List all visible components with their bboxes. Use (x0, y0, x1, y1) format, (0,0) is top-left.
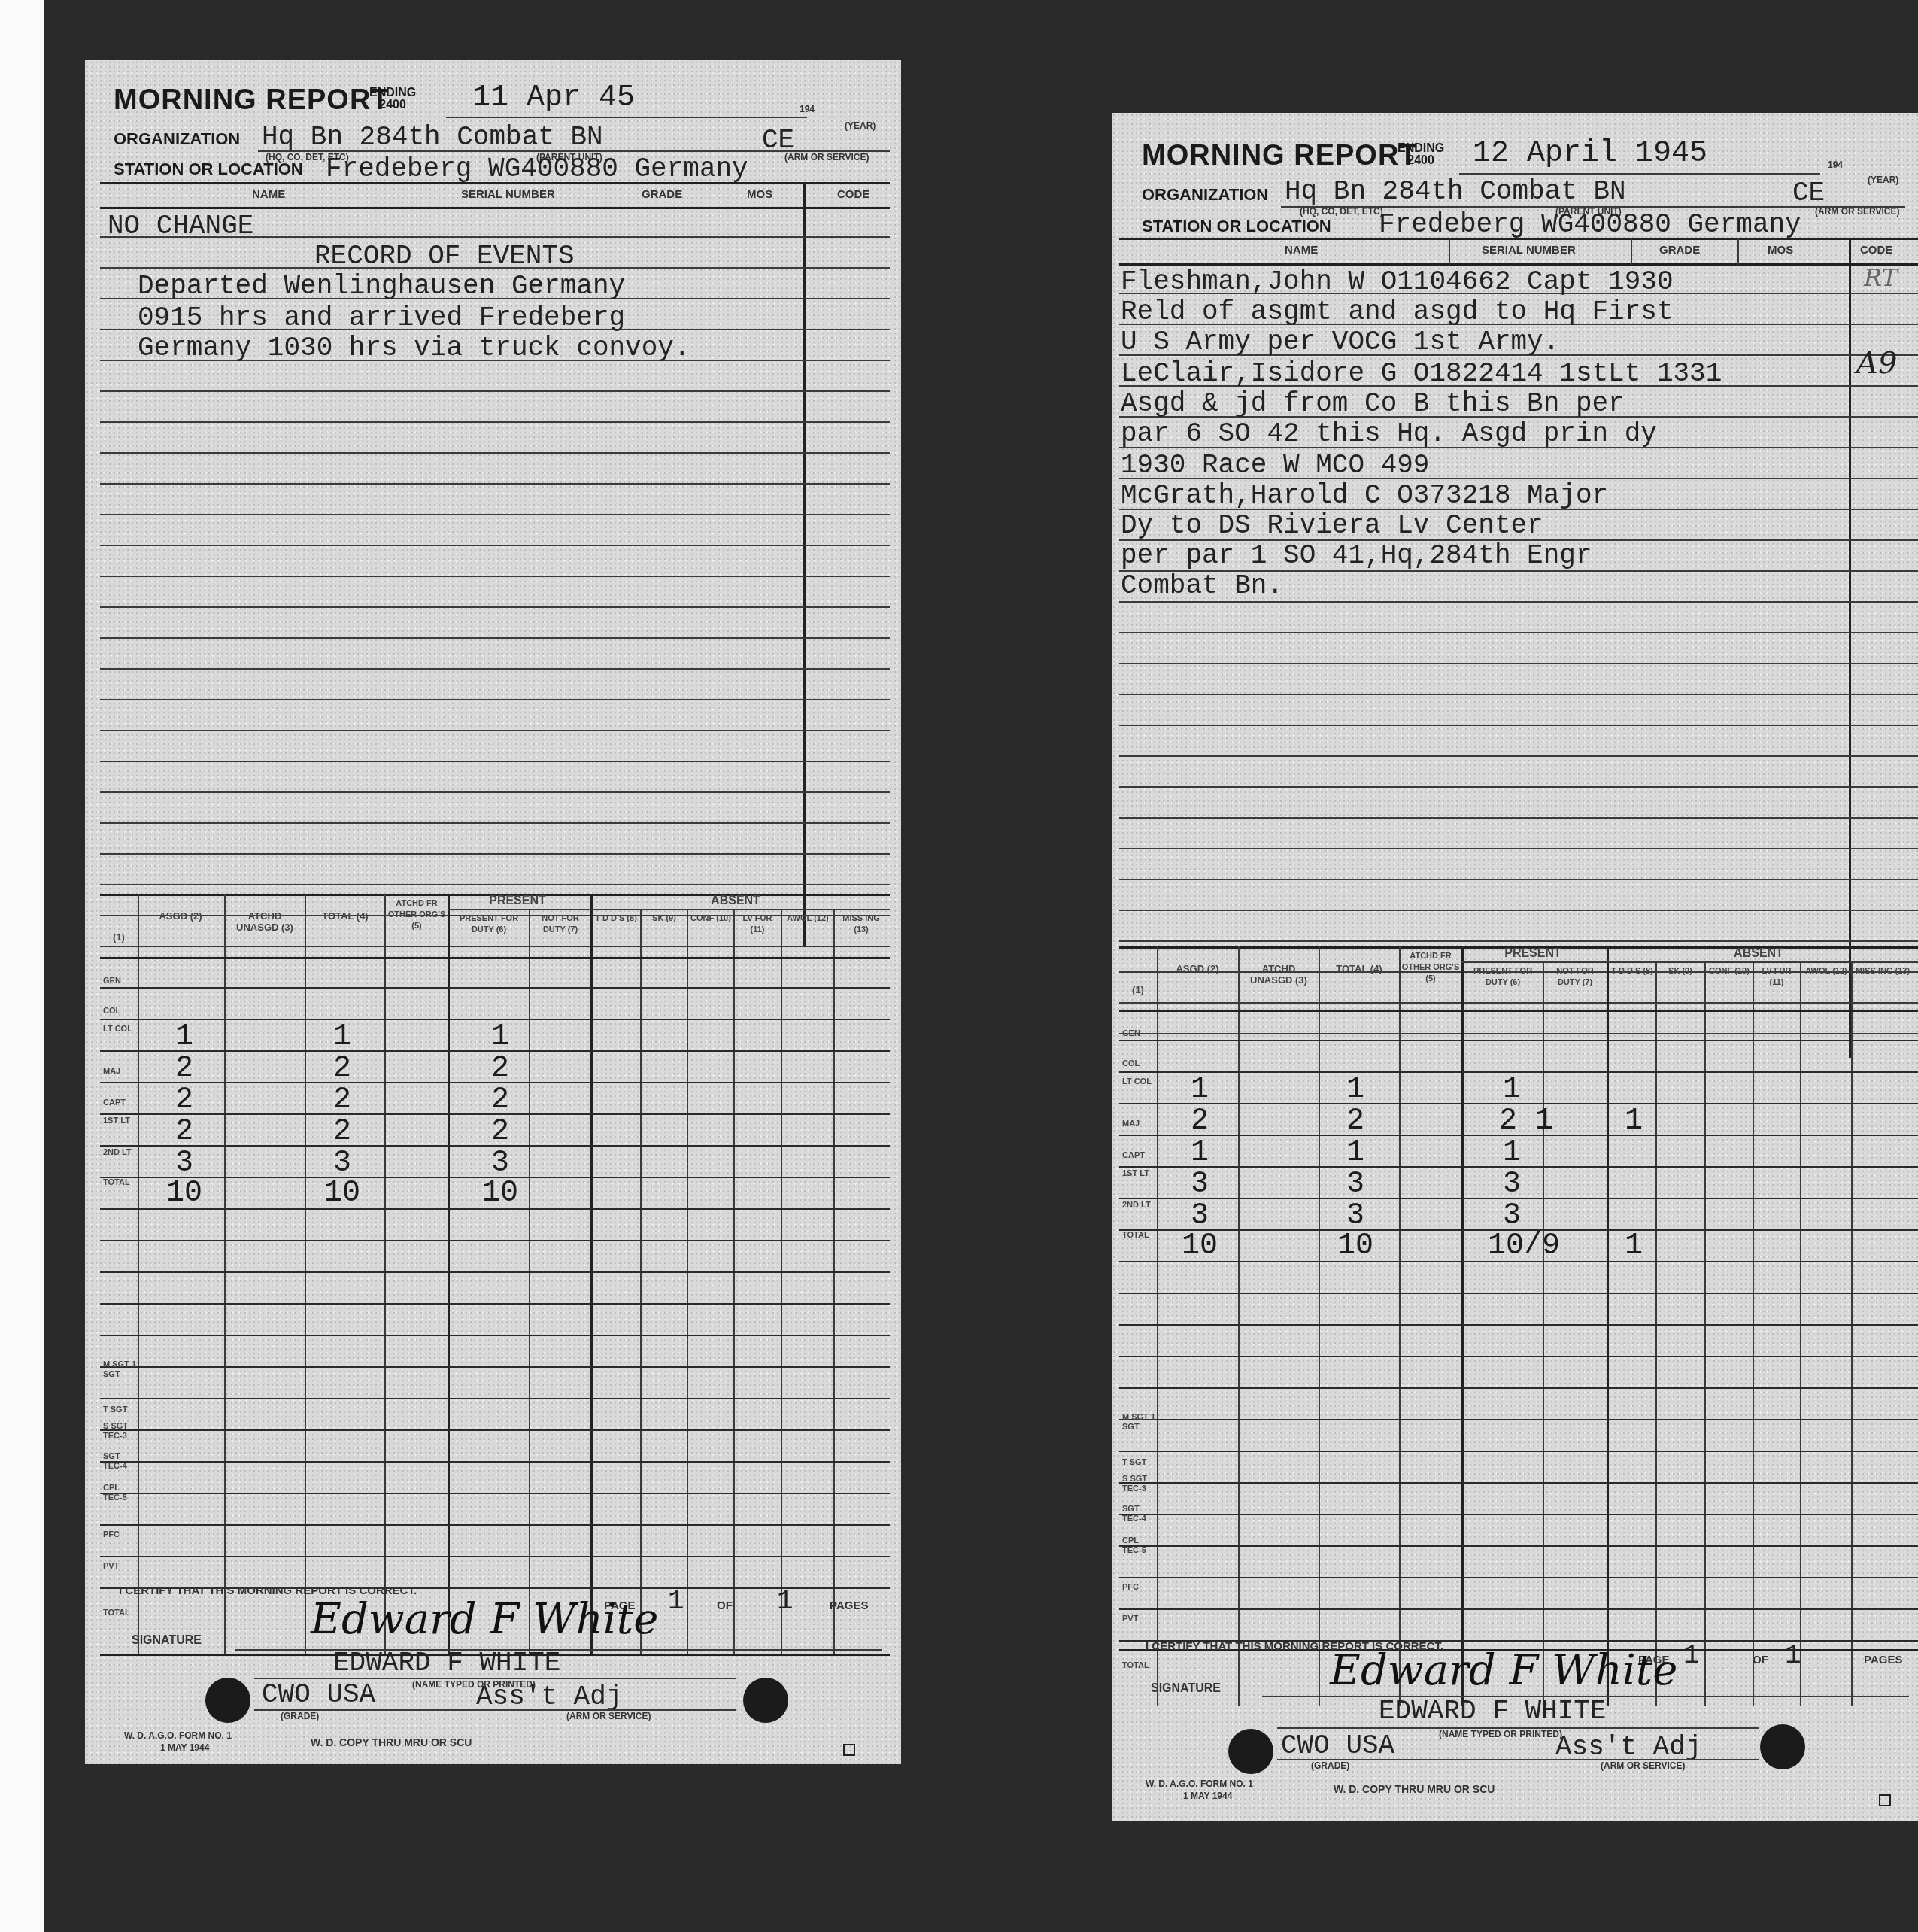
row-label: MAJ (1122, 1119, 1140, 1129)
cell-total: 2 (1346, 1104, 1364, 1138)
cell-td-ds: 1 (1625, 1104, 1643, 1138)
cell-asgd: 2 (1191, 1104, 1209, 1138)
row-label: 2ND LT (103, 1148, 133, 1158)
morning-report-11-apr-45: MORNING REPORT ENDING 2400 11 Apr 45 194… (85, 60, 901, 1764)
col-header: SK (9) (642, 913, 687, 925)
cell-asgd: 1 (1191, 1073, 1209, 1107)
form-title: MORNING REPORT (114, 84, 390, 117)
row-label: M SGT 1 SGT (103, 1360, 136, 1380)
cell-asgd: 3 (1191, 1168, 1209, 1201)
col-header: ATCHD FR OTHER ORG'S (5) (1401, 951, 1461, 985)
col-mos: MOS (1768, 244, 1793, 257)
signature: Edward F White (311, 1595, 658, 1644)
ending-label-line1: ENDING (1398, 143, 1444, 155)
entry-line: Combat Bn. (1121, 570, 1283, 601)
strength-table: PRESENT ABSENT (1) ASGD (2) ATCHD UNASGD… (100, 894, 890, 1654)
row-label: COL (103, 1007, 120, 1016)
row-label: M SGT 1 SGT (1122, 1413, 1155, 1432)
col-header: PRESENT FOR DUTY (6) (449, 913, 529, 936)
col-header: ATCHD FR OTHER ORG'S (5) (386, 898, 448, 932)
cell-total: 1 (1346, 1136, 1364, 1170)
col-header: ATCHD UNASGD (3) (1240, 963, 1318, 986)
col-code: CODE (1860, 244, 1892, 257)
col-header: MISS ING (13) (1853, 966, 1913, 977)
entry-line: Reld of asgmt and asgd to Hq First (1121, 296, 1674, 327)
col-header: MISS ING (13) (835, 913, 888, 936)
row-label: MAJ (103, 1067, 120, 1077)
entry-line: Asgd & jd from Co B this Bn per (1121, 388, 1625, 419)
cell-for-duty: 2 (491, 1115, 509, 1149)
entry-line: Fleshman,John W O1104662 Capt 1930 (1121, 266, 1674, 297)
report-date: 12 April 1945 (1473, 137, 1707, 171)
name-typed: EDWARD F WHITE (1379, 1696, 1606, 1727)
ending-label-line2: 2400 (369, 99, 416, 111)
col-header: (1) (100, 931, 138, 943)
cell-total: 3 (1346, 1199, 1364, 1233)
page-number: 1 (668, 1586, 684, 1617)
grade-value: CWO USA (1281, 1730, 1394, 1761)
cell-total: 10 (324, 1177, 360, 1211)
cell-asgd: 3 (1191, 1199, 1209, 1233)
cell-for-duty: 1 (1503, 1073, 1521, 1107)
entry-line: LeClair,Isidore G O1822414 1stLt 1331 (1121, 358, 1722, 389)
col-header: ASGD (2) (139, 910, 222, 922)
grade-value: CWO USA (262, 1679, 375, 1710)
arm-value: Ass't Adj (476, 1681, 622, 1712)
group-absent: ABSENT (642, 895, 830, 907)
station-value: Fredeberg WG400880 Germany (1379, 209, 1801, 240)
cell-total: 3 (333, 1147, 351, 1180)
year-prefix: 194 (800, 104, 815, 114)
year-prefix: 194 (1828, 159, 1843, 170)
row-label: TOTAL (1122, 1661, 1149, 1671)
entry-line: 0915 hrs and arrived Fredeberg (138, 302, 625, 333)
strength-table: PRESENT ABSENT (1) ASGD (2) ATCHD UNASGD… (1119, 946, 1918, 1706)
group-absent: ABSENT (1661, 948, 1856, 959)
col-header: (1) (1119, 984, 1157, 995)
name-typed-label: (NAME TYPED OR PRINTED) (1439, 1729, 1562, 1739)
cell-td-ds: 1 (1625, 1229, 1643, 1263)
cell-asgd: 1 (1191, 1136, 1209, 1170)
cell-total: 2 (333, 1083, 351, 1117)
scan-margin (0, 0, 44, 1932)
form-date: 1 MAY 1944 (1183, 1791, 1232, 1801)
col-header: AWOL (12) (782, 913, 833, 925)
ending-label: ENDING 2400 (369, 87, 416, 111)
grade-label: (GRADE) (281, 1711, 319, 1721)
col-header: LV FUR (11) (1754, 966, 1799, 989)
ending-label-line1: ENDING (369, 87, 416, 99)
arm-label: (ARM OR SERVICE) (1601, 1760, 1685, 1771)
col-serial: SERIAL NUMBER (1482, 244, 1576, 257)
col-name: NAME (252, 188, 285, 201)
page-number: 1 (1683, 1640, 1700, 1671)
row-label: T SGT (103, 1405, 127, 1415)
group-present: PRESENT (1473, 948, 1593, 959)
binder-hole (1760, 1724, 1805, 1769)
morning-report-12-april-1945: MORNING REPORT ENDING 2400 12 April 1945… (1112, 113, 1918, 1821)
year-label: (YEAR) (845, 120, 876, 131)
signature: Edward F White (1330, 1646, 1677, 1695)
col-header: AWOL (12) (1801, 966, 1851, 977)
entry-line: par 6 SO 42 this Hq. Asgd prin dy (1121, 418, 1657, 449)
col-header: NOT FOR DUTY (7) (530, 913, 590, 936)
cell-asgd: 10 (166, 1177, 202, 1211)
cell-for-duty: 2 1 (1499, 1104, 1553, 1138)
row-label: 1ST LT (103, 1116, 133, 1126)
cell-asgd: 2 (175, 1052, 193, 1086)
col-header: TOTAL (4) (1320, 963, 1398, 974)
arm-service-label: (ARM OR SERVICE) (1815, 206, 1899, 217)
form-number: W. D. A.G.O. FORM NO. 1 (124, 1730, 232, 1741)
cell-asgd: 3 (175, 1147, 193, 1180)
entry-line: U S Army per VOCG 1st Army. (1121, 327, 1559, 357)
row-label: SGT TEC-4 (1122, 1505, 1155, 1524)
row-label: CPL TEC-5 (1122, 1536, 1155, 1556)
arm-label: (ARM OR SERVICE) (566, 1711, 651, 1721)
binder-hole (1228, 1729, 1273, 1774)
cell-total: 3 (1346, 1168, 1364, 1201)
row-label: 1ST LT (1122, 1169, 1152, 1179)
organization-label: ORGANIZATION (1142, 185, 1268, 205)
station-label: STATION OR LOCATION (1142, 217, 1331, 236)
col-grade: GRADE (642, 188, 682, 201)
col-header: PRESENT FOR DUTY (6) (1464, 966, 1542, 989)
record-of-events-heading: RECORD OF EVENTS (314, 241, 575, 272)
col-header: TOTAL (4) (306, 910, 384, 922)
col-header: LV FUR (11) (735, 913, 780, 936)
code-annotation: RT (1864, 263, 1898, 292)
cell-for-duty: 1 (491, 1020, 509, 1054)
row-label: SGT TEC-4 (103, 1452, 136, 1472)
pages-label: PAGES (1864, 1654, 1902, 1666)
cell-for-duty: 3 (1503, 1199, 1521, 1233)
row-label: CAPT (1122, 1151, 1145, 1161)
cell-total: 1 (1346, 1073, 1364, 1107)
cell-total: 1 (333, 1020, 351, 1054)
row-label: T SGT (1122, 1458, 1146, 1468)
cell-for-duty: 3 (1503, 1168, 1521, 1201)
entry-line: 1930 Race W MCO 499 (1121, 450, 1429, 481)
organization-value: Hq Bn 284th Combat BN (1285, 176, 1626, 207)
col-header: CONF (10) (688, 913, 733, 925)
row-label: CPL TEC-5 (103, 1484, 136, 1503)
row-label: PFC (103, 1530, 120, 1540)
form-number: W. D. A.G.O. FORM NO. 1 (1146, 1779, 1253, 1789)
row-label: GEN (103, 977, 121, 986)
row-label: PVT (1122, 1615, 1138, 1624)
copy-note: W. D. COPY THRU MRU OR SCU (1334, 1783, 1495, 1795)
station-value: Fredeberg WG400880 Germany (326, 153, 748, 184)
org-sublabel: (HQ, CO, DET, ETC) (1300, 206, 1383, 217)
year-label: (YEAR) (1868, 175, 1898, 185)
organization-value: Hq Bn 284th Combat BN (262, 122, 603, 153)
col-code: CODE (837, 188, 869, 201)
col-header: CONF (10) (1706, 966, 1753, 977)
row-label: S SGT TEC-3 (1122, 1475, 1155, 1494)
cell-total: 2 (333, 1115, 351, 1149)
cell-asgd: 2 (175, 1115, 193, 1149)
row-label: S SGT TEC-3 (103, 1422, 136, 1441)
signature-label: SIGNATURE (132, 1634, 202, 1648)
entry-line: Departed Wenlinghausen Germany (138, 271, 625, 302)
checkbox-square (843, 1744, 855, 1756)
of-label: OF (1753, 1654, 1768, 1666)
form-date: 1 MAY 1944 (160, 1742, 209, 1753)
cell-asgd: 2 (175, 1083, 193, 1117)
arm-service-label: (ARM OR SERVICE) (784, 152, 869, 163)
row-label: TOTAL (103, 1178, 133, 1188)
report-date: 11 Apr 45 (472, 81, 635, 115)
row-label: TOTAL (103, 1608, 130, 1618)
cell-for-duty: 2 (491, 1083, 509, 1117)
col-header: ASGD (2) (1158, 963, 1237, 974)
form-title: MORNING REPORT (1142, 140, 1418, 172)
arm-value: Ass't Adj (1555, 1732, 1701, 1763)
copy-note: W. D. COPY THRU MRU OR SCU (311, 1736, 472, 1748)
pages-label: PAGES (830, 1599, 868, 1612)
name-typed: EDWARD F WHITE (333, 1648, 560, 1678)
page-count: 1 (1785, 1640, 1801, 1671)
binder-hole (205, 1678, 250, 1723)
col-header: T D D S (8) (1609, 966, 1655, 977)
col-serial: SERIAL NUMBER (461, 188, 555, 201)
entry-line: NO CHANGE (108, 211, 253, 241)
grade-label: (GRADE) (1311, 1760, 1349, 1771)
col-header: NOT FOR DUTY (7) (1544, 966, 1606, 989)
row-label: PVT (103, 1562, 119, 1572)
row-label: LT COL (103, 1025, 133, 1034)
entry-line: per par 1 SO 41,Hq,284th Engr (1121, 540, 1592, 571)
col-header: T D D S (8) (593, 913, 639, 925)
row-label: COL (1122, 1059, 1140, 1069)
cell-for-duty: 1 (1503, 1136, 1521, 1170)
row-label: PFC (1122, 1583, 1139, 1593)
entry-line: Dy to DS Riviera Lv Center (1121, 510, 1543, 541)
cell-for-duty: 3 (491, 1147, 509, 1180)
of-label: OF (717, 1599, 733, 1612)
row-label: TOTAL (1122, 1231, 1152, 1241)
group-present: PRESENT (461, 895, 574, 907)
ending-label-line2: 2400 (1398, 155, 1444, 167)
arm-service-value: CE (1792, 178, 1825, 208)
cell-for-duty: 2 (491, 1052, 509, 1086)
cell-asgd: 1 (175, 1020, 193, 1054)
cell-asgd: 10 (1182, 1229, 1218, 1263)
col-header: ATCHD UNASGD (3) (226, 910, 304, 933)
checkbox-square (1879, 1794, 1891, 1806)
ending-label: ENDING 2400 (1398, 143, 1444, 167)
entry-line: McGrath,Harold C O373218 Major (1121, 480, 1608, 511)
row-label: 2ND LT (1122, 1201, 1152, 1211)
page-count: 1 (777, 1586, 794, 1617)
col-header: SK (9) (1657, 966, 1704, 977)
cell-for-duty: 10/9 (1488, 1229, 1560, 1263)
cell-total: 10 (1337, 1229, 1373, 1263)
col-mos: MOS (747, 188, 772, 201)
col-grade: GRADE (1659, 244, 1700, 257)
col-name: NAME (1285, 244, 1318, 257)
cell-total: 2 (333, 1052, 351, 1086)
organization-label: ORGANIZATION (114, 129, 240, 149)
cell-for-duty: 10 (482, 1177, 518, 1211)
signature-label: SIGNATURE (1151, 1682, 1221, 1696)
row-label: LT COL (1122, 1077, 1152, 1087)
entry-line: Germany 1030 hrs via truck convoy. (138, 333, 690, 363)
binder-hole (743, 1678, 788, 1723)
code-annotation: A9 (1856, 346, 1897, 381)
row-label: GEN (1122, 1029, 1140, 1039)
station-label: STATION OR LOCATION (114, 159, 303, 179)
row-label: CAPT (103, 1098, 126, 1108)
